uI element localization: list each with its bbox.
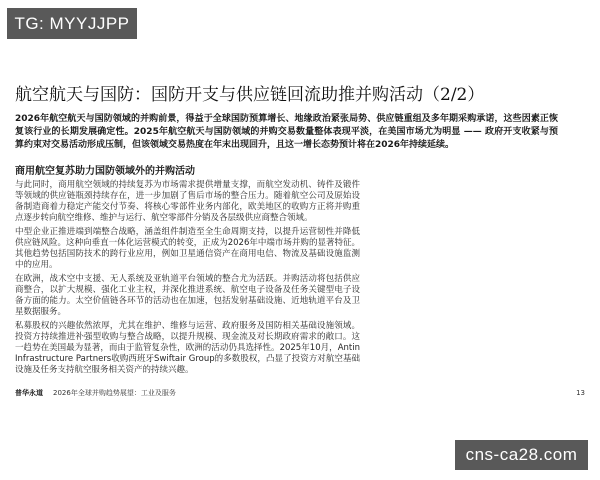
section-heading: 商用航空复苏助力国防领域外的并购活动: [15, 162, 415, 177]
page-title: 航空航天与国防：国防开支与供应链回流助推并购活动（2/2）: [15, 80, 585, 105]
telegram-watermark-badge: TG: MYYJJPP: [7, 8, 137, 39]
intro-paragraph: 2026年航空航天与国防领域的并购前景，得益于全球国防预算增长、地缘政治紧张局势…: [15, 113, 558, 152]
body-paragraph: 与此同时，商用航空领域的持续复苏为市场需求提供增量支撑，而航空发动机、铸件及锻件…: [15, 180, 360, 224]
footer-doc-title: 2026年全球并购趋势展望：工业及服务: [53, 388, 176, 398]
body-paragraph: 中型企业正推进端到端整合战略，涵盖组件制造至全生命周期支持，以提升运营韧性并降低…: [15, 227, 360, 271]
body-column: 与此同时，商用航空领域的持续复苏为市场需求提供增量支撑，而航空发动机、铸件及锻件…: [15, 180, 360, 379]
body-paragraph: 在欧洲，战术空中支援、无人系统及亚轨道平台领域的整合尤为活跃。并购活动将包括供应…: [15, 274, 360, 318]
body-paragraph: 私募股权的兴趣依然浓厚，尤其在维护、维修与运营、政府服务及国防相关基础设施领域。…: [15, 321, 360, 376]
report-page: TG: MYYJJPP 航空航天与国防：国防开支与供应链回流助推并购活动（2/2…: [0, 0, 600, 480]
footer-brand: 普华永道: [15, 388, 43, 398]
page-footer: 普华永道 2026年全球并购趋势展望：工业及服务 13: [15, 388, 585, 398]
footer-page-number: 13: [576, 389, 585, 397]
website-watermark-badge: cns-ca28.com: [455, 440, 588, 470]
